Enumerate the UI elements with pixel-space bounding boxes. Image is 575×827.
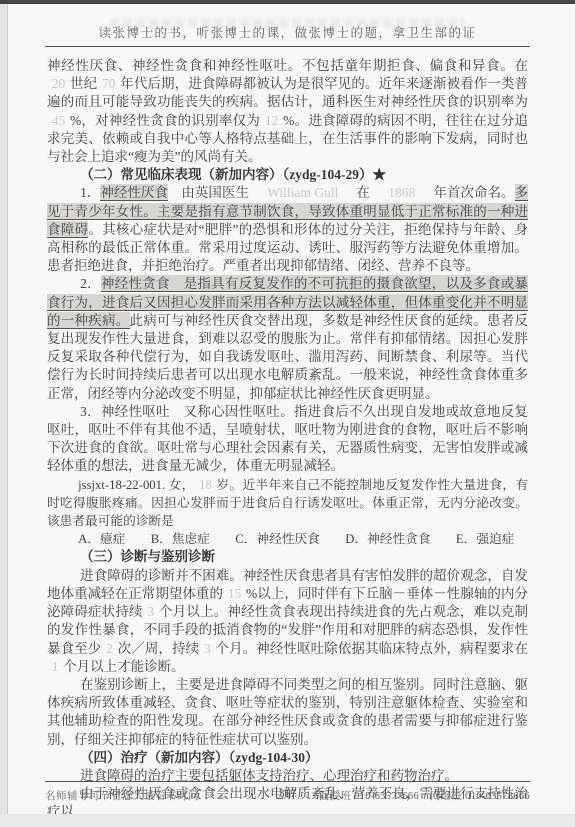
scan-left-edge-line <box>7 4 8 827</box>
paragraph-diagnosis-criteria: 进食障碍的诊断并不困难。神经性厌食患者具有害怕发胖的超价观念，自发地体重减轻在正… <box>47 567 528 676</box>
paragraph-psychogenic-vomiting: 3．神经性呕吐 又称心因性呕吐。指进食后不久出现自发地或故意地反复呕吐，呕吐不伴… <box>47 403 528 476</box>
heading-common-clinical-manifestations: （二）常见临床表现（新加内容）（zydg-104-29）★ <box>47 166 528 184</box>
scan-left-edge-shade <box>0 4 7 827</box>
page-number: 367 <box>45 788 530 800</box>
paragraph-intro-eating-disorders: 神经性厌食、神经性贪食和神经性呕吐。不包括童年期拒食、偏食和异食。在20世纪70… <box>47 57 528 166</box>
scan-top-edge <box>0 0 575 4</box>
paragraph-exam-question-stem: jssjxt-18-22-001. 女，18岁。近半年来自己不能控制地反复发作性… <box>47 476 528 531</box>
scan-bottom-edge <box>0 814 575 827</box>
heading-diagnosis-differential: （三）诊断与鉴别诊断 <box>47 548 528 566</box>
page-bleed-through-artifact <box>110 18 465 28</box>
page-body: 神经性厌食、神经性贪食和神经性呕吐。不包括童年期拒食、偏食和异食。在20世纪70… <box>0 57 575 822</box>
paragraph-exam-question-options: A．癔症 B．焦虑症 C．神经性厌食 D．神经性贪食 E．强迫症 <box>47 530 528 548</box>
heading-treatment: （四）治疗（新加内容）（zydg-104-30） <box>47 749 528 767</box>
scan-page: 读张博士的书，听张博士的课，做张博士的题，拿卫生部的证 神经性厌食、神经性贪食和… <box>0 0 575 827</box>
paragraph-anorexia-nervosa: 1．神经性厌食 由英国医生William Gull在1868年首次命名。多见于青… <box>47 184 528 275</box>
page-footer: 367 名师辅导可节省您大量看书时间 面授班 010-63577666 网络班 … <box>45 781 530 803</box>
header-rule <box>45 46 530 47</box>
paragraph-bulimia-nervosa: 2．神经性贪食 是指具有反复发作的不可抗拒的摄食欲望，以及多食或暴食行为，进食后… <box>47 275 528 402</box>
paragraph-differential-diagnosis: 在鉴别诊断上，主要是进食障碍不同类型之间的相互鉴别。同时注意脑、躯体疾病所致体重… <box>47 676 528 749</box>
